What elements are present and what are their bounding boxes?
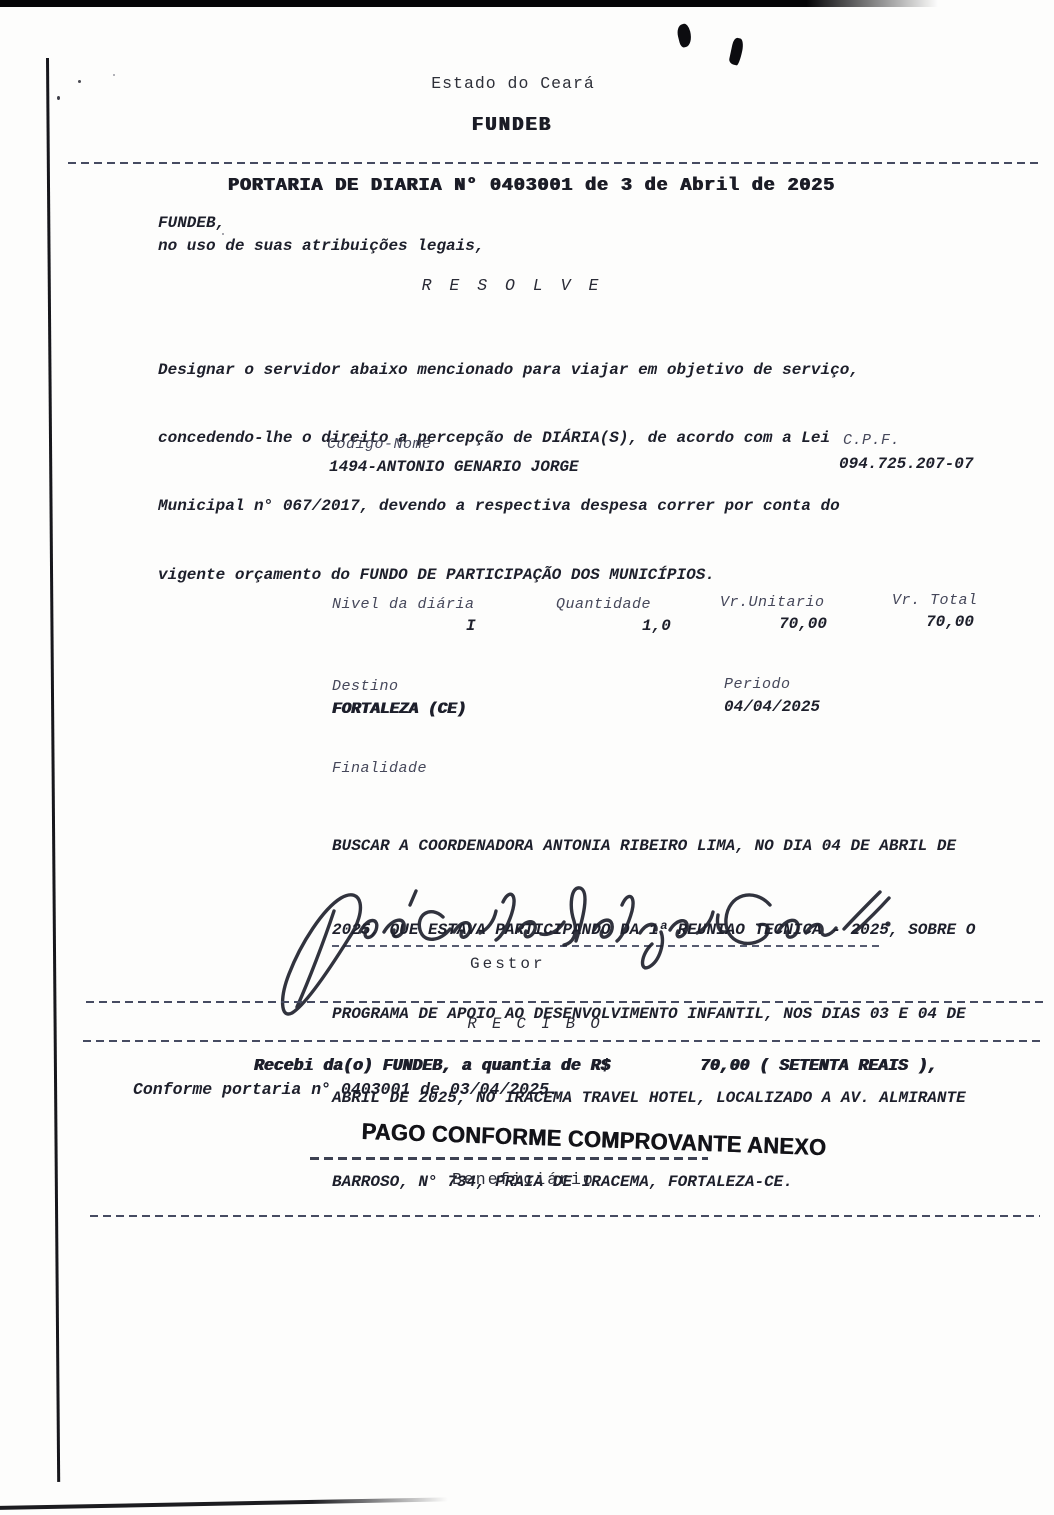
issuer-name: FUNDEB, [158,214,225,232]
org-header: FUNDEB [472,114,552,136]
cpf-label: C.P.F. [843,432,900,449]
resolve-body-line: vigente orçamento do FUNDO DE PARTICIPAÇ… [158,564,859,587]
ink-speck [57,96,60,100]
table-value-nivel: I [466,617,476,635]
recibo-receipt-text: Recebi da(o) FUNDEB, a quantia de R$ [254,1056,610,1075]
state-header: Estado do Ceará [431,74,595,93]
table-value-vr-total: 70,00 [926,613,974,631]
codigo-nome-value: 1494-ANTONIO GENARIO JORGE [329,458,579,476]
ink-speck [222,233,224,235]
table-header-vr-unitario: Vr.Unitario [720,594,825,611]
table-value-vr-unitario: 70,00 [779,615,827,633]
codigo-nome-label: Codigo-Nome [327,436,432,453]
cpf-value: 094.725.207-07 [839,455,973,473]
periodo-label: Periodo [724,676,791,693]
scanned-document-page: Estado do Ceará FUNDEB PORTARIA DE DIARI… [0,0,1054,1515]
table-header-nivel: Nivel da diária [332,596,475,613]
ink-speck [78,80,81,83]
beneficiario-signature-line [310,1157,708,1160]
ink-blot-icon [728,37,744,66]
section-divider [90,1215,1040,1217]
recibo-reference: Conforme portaria n° 0403001 de 03/04/20… [133,1080,559,1099]
resolve-body-line: concedendo-lhe o direito a percepção de … [158,427,859,450]
section-divider [86,1001,1044,1003]
issuer-attribution: no uso de suas atribuições legais, [158,237,484,255]
scan-edge-left [46,58,60,1482]
periodo-value: 04/04/2025 [724,698,820,716]
table-value-quantidade: 1,0 [642,617,671,635]
resolve-body-line: Municipal n° 067/2017, devendo a respect… [158,495,859,518]
ink-blot-icon [675,23,693,48]
recibo-amount: 70,00 ( SETENTA REAIS ), [700,1056,938,1075]
table-header-quantidade: Quantidade [556,596,651,613]
finalidade-line: BUSCAR A COORDENADORA ANTONIA RIBEIRO LI… [332,832,975,860]
gestor-label: Gestor [470,955,546,973]
resolve-body-line: Designar o servidor abaixo mencionado pa… [158,359,859,382]
destino-value: FORTALEZA (CE) [332,700,466,718]
beneficiario-label: Beneficiário [452,1170,595,1189]
ink-speck [113,74,115,76]
finalidade-line: BARROSO, N° 734, PRAIA DE IRACEMA, FORTA… [332,1168,975,1196]
recibo-heading: R E C I B O [467,1015,602,1033]
section-divider [68,162,1043,164]
scan-edge-bottom [0,1497,448,1509]
resolve-heading: R E S O L V E [422,276,603,295]
table-header-vr-total: Vr. Total [892,592,978,609]
destino-label: Destino [332,678,399,695]
gestor-handwritten-signature-icon [278,885,903,1020]
portaria-title: PORTARIA DE DIARIA N° 0403001 de 3 de Ab… [228,175,835,196]
section-divider [83,1040,1040,1042]
finalidade-label: Finalidade [332,760,427,777]
scan-edge-top [0,0,938,7]
